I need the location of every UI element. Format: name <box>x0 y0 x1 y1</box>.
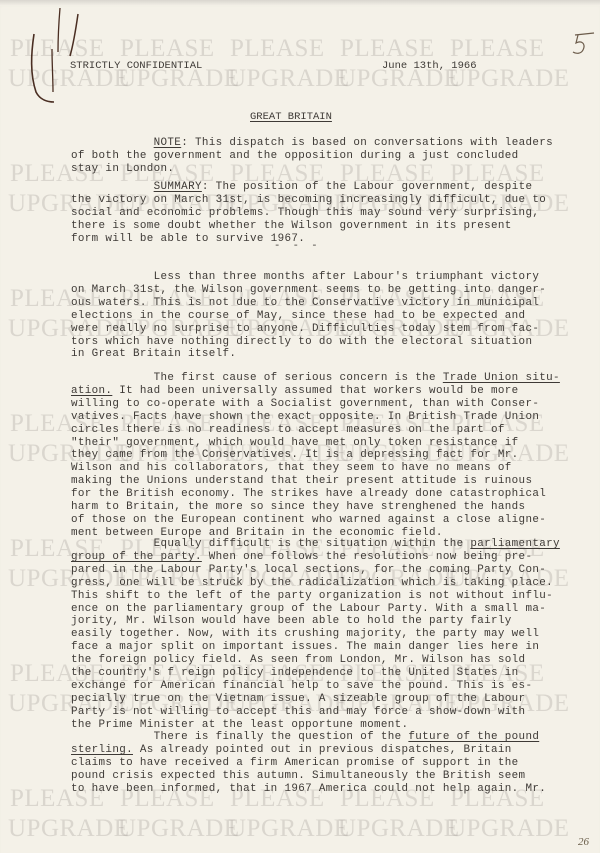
text-line: to have been informed, that in 1967 Amer… <box>71 783 551 796</box>
text-line: pound crisis expected this autumn. Simul… <box>71 770 551 783</box>
text-line: willing to co-operate with a Socialist g… <box>71 398 551 411</box>
text-line: Equally difficult is the situation withi… <box>71 538 551 551</box>
text-line: claims to have received a firm American … <box>71 757 551 770</box>
text-line: The first cause of serious concern is th… <box>71 372 551 385</box>
text-line: ence on the parliamentary group of the L… <box>71 603 551 616</box>
text-line: There is finally the question of the fut… <box>71 731 551 744</box>
note-line-3: stay in London. <box>71 163 551 176</box>
text-line: tors which have nothing directly to do w… <box>71 336 551 349</box>
note-paragraph: NOTE: This dispatch is based on conversa… <box>71 137 551 176</box>
underlined-topic: sterling. <box>71 744 133 756</box>
summary-paragraph: SUMMARY: The position of the Labour gove… <box>71 181 551 246</box>
underlined-topic: parliamentary <box>470 538 560 550</box>
text-line: the foreign policy field. As seen from L… <box>71 654 551 667</box>
summary-label: SUMMARY <box>154 181 202 193</box>
text-line: the country's f reign policy independenc… <box>71 667 551 680</box>
text-line: sterling. As already pointed out in prev… <box>71 744 551 757</box>
text-line: circles there is no readiness to accept … <box>71 424 551 437</box>
text-line: exchange for American financial help to … <box>71 680 551 693</box>
paragraph-parliamentary-group: Equally difficult is the situation withi… <box>71 538 551 732</box>
text-line: face a major split on important issues. … <box>71 641 551 654</box>
text-line: on March 31st, the Wilson government see… <box>71 284 551 297</box>
text-line: pared in the Labour Party's local sectio… <box>71 564 551 577</box>
summary-line-2: the victory on March 31st, is becoming i… <box>71 194 551 207</box>
underlined-topic: Trade Union situ- <box>443 372 560 384</box>
text-line: easily together. Now, with its crushing … <box>71 628 551 641</box>
text-line: jority, Mr. Wilson would have been able … <box>71 615 551 628</box>
note-line-2: of both the government and the oppositio… <box>71 150 551 163</box>
text-line: vatives. Facts have shown the exact oppo… <box>71 411 551 424</box>
text-line: ation. It had been universally assumed t… <box>71 385 551 398</box>
text-line: of those on the European continent who w… <box>71 514 551 527</box>
summary-line-1: SUMMARY: The position of the Labour gove… <box>71 181 551 194</box>
paragraph-pound-sterling: There is finally the question of the fut… <box>71 731 551 796</box>
paragraph-intro: Less than three months after Labour's tr… <box>71 271 551 361</box>
paragraph-trade-union: The first cause of serious concern is th… <box>71 372 551 540</box>
underlined-topic: ation. <box>71 385 112 397</box>
summary-line-4: there is some doubt whether the Wilson g… <box>71 220 551 233</box>
summary-line-3: social and economic problems. Though thi… <box>71 207 551 220</box>
text-line: ous waters. This is not due to the Conse… <box>71 297 551 310</box>
handwritten-page-number: 26 <box>578 836 589 848</box>
underlined-topic: future of the pound <box>408 731 539 743</box>
text-line: This shift to the left of the party orga… <box>71 590 551 603</box>
text-line: Less than three months after Labour's tr… <box>71 271 551 284</box>
text-line: Party is not willing to accept this and … <box>71 706 551 719</box>
note-label: NOTE <box>154 137 182 149</box>
text-line: "their" government, which would have met… <box>71 437 551 450</box>
text-line: pecially true on the Vietnam issue. A si… <box>71 693 551 706</box>
section-separator: - - - <box>274 240 321 253</box>
text-line: harm to Britain, the more so since they … <box>71 501 551 514</box>
handwritten-pen-mark-icon <box>18 4 98 104</box>
text-line: were really no surprise to anyone. Diffi… <box>71 323 551 336</box>
document-title: GREAT BRITAIN <box>250 111 332 124</box>
text-line: Wilson and his collaborators, that they … <box>71 462 551 475</box>
text-line: they came from the Conservatives. It is … <box>71 449 551 462</box>
text-line: for the British economy. The strikes hav… <box>71 488 551 501</box>
document-content: STRICTLY CONFIDENTIAL June 13th, 1966 GR… <box>0 0 600 853</box>
text-line: gress, one will be struck by the radical… <box>71 577 551 590</box>
handwritten-number-icon <box>570 30 600 60</box>
text-line: group of the party. When one follows the… <box>71 551 551 564</box>
document-date: June 13th, 1966 <box>382 60 477 73</box>
text-line: in Great Britain itself. <box>71 348 551 361</box>
note-line-1: NOTE: This dispatch is based on conversa… <box>71 137 551 150</box>
text-line: the Prime Minister at the least opportun… <box>71 719 551 732</box>
text-line: elections in the course of May, since th… <box>71 310 551 323</box>
underlined-topic: group of the party. <box>71 551 202 563</box>
document-page: PLEASEUPGRADEPLEASEUPGRADEPLEASEUPGRADEP… <box>0 0 600 853</box>
text-line: making the Unions understand that their … <box>71 475 551 488</box>
